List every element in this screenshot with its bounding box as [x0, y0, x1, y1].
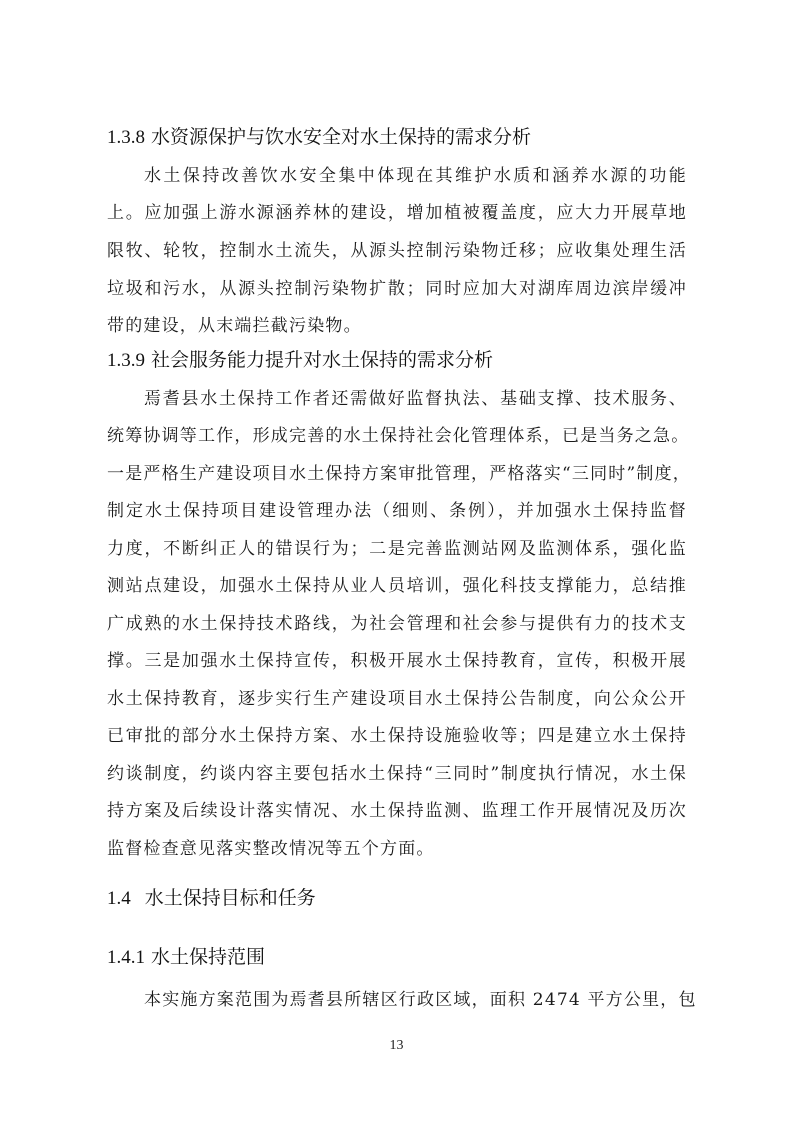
paragraph-line: 焉耆县水土保持工作者还需做好监督执法、基础支撑、技术服务、	[144, 384, 687, 409]
section-number: 1.3.9	[107, 350, 145, 371]
paragraph-line: 本实施方案范围为焉耆县所辖区行政区域，面积 2474 平方公里，包	[144, 985, 687, 1010]
section-heading-1-4-1: 1.4.1水土保持范围	[107, 942, 265, 969]
section-title: 水资源保护与饮水安全对水土保持的需求分析	[151, 126, 531, 148]
paragraph-line: 撑。三是加强水土保持宣传，积极开展水土保持教育，宣传，积极开展	[107, 646, 687, 671]
paragraph-line: 统筹协调等工作，形成完善的水土保持社会化管理体系，已是当务之急。	[107, 421, 687, 446]
section-title: 社会服务能力提升对水土保持的需求分析	[151, 349, 493, 371]
paragraph-line: 约谈制度，约谈内容主要包括水土保持“三同时”制度执行情况，水土保	[107, 759, 687, 784]
paragraph-line: 水土保持教育，逐步实行生产建设项目水土保持公告制度，向公众公开	[107, 684, 687, 709]
paragraph-line: 一是严格生产建设项目水土保持方案审批管理，严格落实“三同时”制度，	[107, 459, 687, 484]
paragraph-line: 制定水土保持项目建设管理办法（细则、条例），并加强水土保持监督	[107, 496, 687, 521]
paragraph-line: 带的建设，从末端拦截污染物。	[107, 311, 687, 336]
section-number: 1.4.1	[107, 947, 145, 968]
paragraph-line: 已审批的部分水土保持方案、水土保持设施验收等；四是建立水土保持	[107, 721, 687, 746]
section-heading-1-4: 1.4水土保持目标和任务	[107, 883, 316, 910]
paragraph-line: 测站点建设，加强水土保持从业人员培训，强化科技支撑能力，总结推	[107, 571, 687, 596]
paragraph-line: 水土保持改善饮水安全集中体现在其维护水质和涵养水源的功能	[144, 161, 687, 186]
section-title: 水土保持范围	[151, 946, 265, 968]
section-number: 1.4	[107, 888, 131, 909]
section-heading-1-3-8: 1.3.8水资源保护与饮水安全对水土保持的需求分析	[107, 122, 531, 149]
paragraph-line: 持方案及后续设计落实情况、水土保持监测、监理工作开展情况及历次	[107, 796, 687, 821]
paragraph-line: 上。应加强上游水源涵养林的建设，增加植被覆盖度，应大力开展草地	[107, 198, 687, 223]
document-page: 1.3.8水资源保护与饮水安全对水土保持的需求分析 水土保持改善饮水安全集中体现…	[0, 0, 793, 1122]
section-title: 水土保持目标和任务	[145, 887, 316, 909]
section-number: 1.3.8	[107, 127, 145, 148]
page-number: 13	[0, 1038, 793, 1054]
paragraph-line: 力度，不断纠正人的错误行为；二是完善监测站网及监测体系，强化监	[107, 534, 687, 559]
section-heading-1-3-9: 1.3.9社会服务能力提升对水土保持的需求分析	[107, 345, 493, 372]
paragraph-line: 垃圾和污水，从源头控制污染物扩散；同时应加大对湖库周边滨岸缓冲	[107, 274, 687, 299]
paragraph-line: 广成熟的水土保持技术路线，为社会管理和社会参与提供有力的技术支	[107, 609, 687, 634]
paragraph-line: 限牧、轮牧，控制水土流失，从源头控制污染物迁移；应收集处理生活	[107, 236, 687, 261]
paragraph-line: 监督检查意见落实整改情况等五个方面。	[107, 834, 687, 859]
